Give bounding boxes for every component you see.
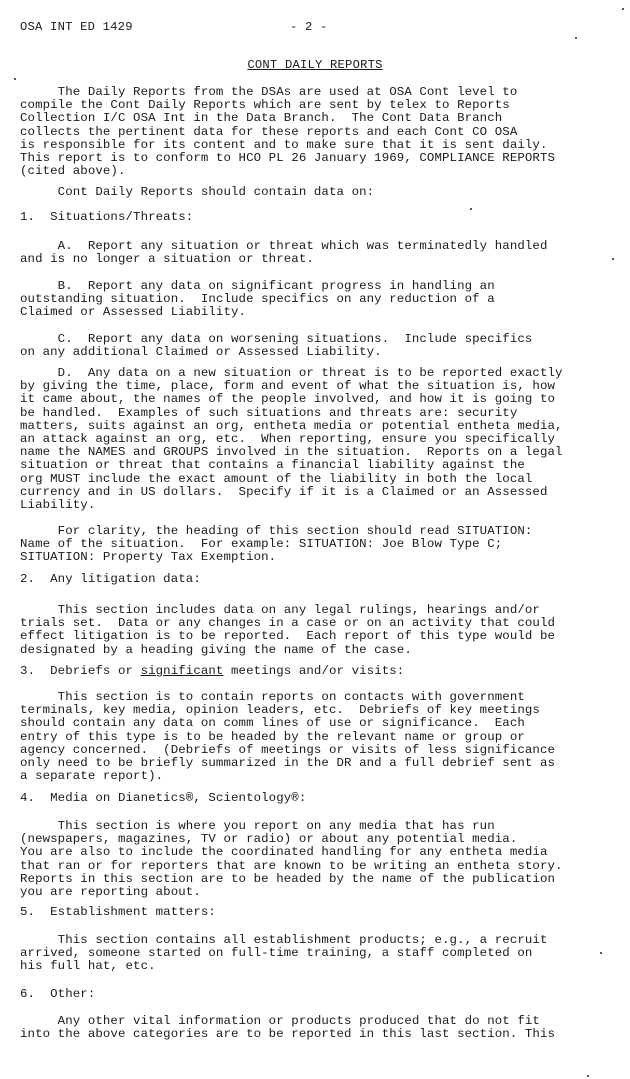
lead-in: Cont Daily Reports should contain data o… (20, 186, 374, 199)
section-3-heading-post: meetings and/or visits: (223, 664, 404, 678)
page-number: - 2 - (290, 20, 328, 34)
section-4-heading: 4. Media on Dianetics®, Scientology®: (20, 792, 306, 805)
section-1-item-d: D. Any data on a new situation or threat… (20, 367, 563, 512)
section-5-body: This section contains all establishment … (20, 934, 548, 974)
section-1-item-a: A. Report any situation or threat which … (20, 240, 548, 266)
scan-speck (14, 78, 16, 80)
section-1-item-b: B. Report any data on significant progre… (20, 280, 495, 320)
section-3-heading-pre: 3. Debriefs or (20, 664, 141, 678)
document-id: OSA INT ED 1429 (20, 20, 133, 34)
section-2-heading: 2. Any litigation data: (20, 573, 201, 586)
section-3-heading-underlined: significant (141, 664, 224, 678)
scan-speck (470, 208, 472, 210)
section-6-heading: 6. Other: (20, 988, 95, 1001)
section-6-body: Any other vital information or products … (20, 1015, 555, 1041)
intro-paragraph: The Daily Reports from the DSAs are used… (20, 86, 555, 178)
scan-speck (622, 8, 624, 10)
scan-speck (612, 258, 614, 260)
section-3-heading: 3. Debriefs or significant meetings and/… (20, 665, 404, 678)
document-title: CONT DAILY REPORTS (0, 58, 630, 72)
section-1-item-c: C. Report any data on worsening situatio… (20, 333, 532, 359)
section-4-body: This section is where you report on any … (20, 820, 563, 899)
section-1-clarity: For clarity, the heading of this section… (20, 525, 532, 565)
section-1-heading: 1. Situations/Threats: (20, 211, 193, 224)
scan-speck (575, 37, 577, 39)
section-5-heading: 5. Establishment matters: (20, 906, 216, 919)
scan-speck (600, 952, 602, 954)
section-2-body: This section includes data on any legal … (20, 604, 555, 657)
section-3-body: This section is to contain reports on co… (20, 691, 555, 783)
scan-speck (587, 1075, 589, 1077)
document-page: OSA INT ED 1429 - 2 - CONT DAILY REPORTS… (0, 0, 630, 1079)
